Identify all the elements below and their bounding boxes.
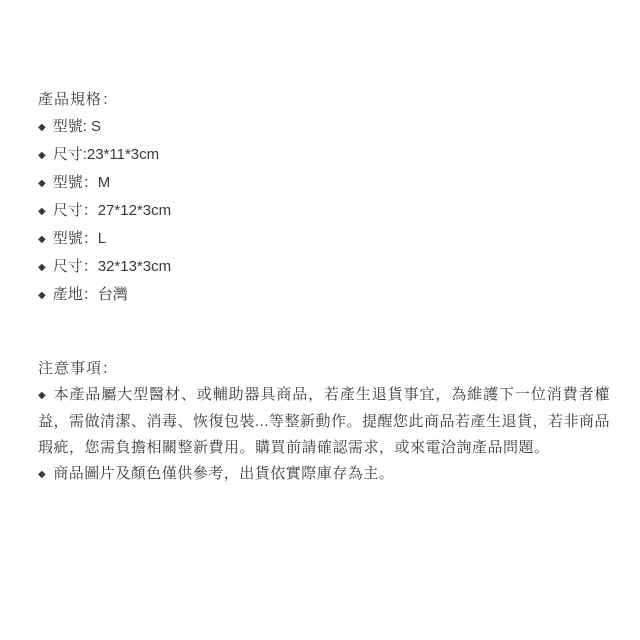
spec-item-size-l: ◆尺寸：32*13*3cm (38, 253, 610, 281)
spec-item-label: 型號: S (53, 118, 101, 135)
notice-text: 商品圖片及顏色僅供參考，出貨依實際庫存為主。 (53, 465, 394, 482)
diamond-bullet-icon: ◆ (38, 383, 46, 409)
spec-item-model-l: ◆型號：L (38, 225, 610, 253)
diamond-bullet-icon: ◆ (38, 226, 46, 253)
diamond-bullet-icon: ◆ (38, 114, 46, 141)
spec-item-label: 尺寸:23*11*3cm (53, 146, 159, 163)
spec-section: 產品規格： ◆型號: S ◆尺寸:23*11*3cm ◆型號：M ◆尺寸：27*… (38, 86, 610, 309)
notice-item-image-disclaimer: ◆商品圖片及顏色僅供參考，出貨依實際庫存為主。 (38, 461, 610, 488)
diamond-bullet-icon: ◆ (38, 282, 46, 309)
notice-section-title: 注意事項： (38, 355, 610, 382)
notice-section: 注意事項： ◆本產品屬大型醫材、或輔助器具商品，若產生退貨事宜，為維護下一位消費… (38, 355, 610, 488)
spec-item-label: 尺寸：27*12*3cm (53, 202, 171, 219)
spec-item-label: 產地：台灣 (53, 286, 128, 303)
spec-item-origin: ◆產地：台灣 (38, 281, 610, 309)
spec-list: ◆型號: S ◆尺寸:23*11*3cm ◆型號：M ◆尺寸：27*12*3cm… (38, 113, 610, 309)
notice-item-return-policy: ◆本產品屬大型醫材、或輔助器具商品，若產生退貨事宜，為維護下一位消費者權益，需做… (38, 382, 610, 461)
diamond-bullet-icon: ◆ (38, 254, 46, 281)
notice-text: 本產品屬大型醫材、或輔助器具商品，若產生退貨事宜，為維護下一位消費者權益，需做清… (38, 386, 610, 456)
diamond-bullet-icon: ◆ (38, 142, 46, 169)
spec-item-label: 尺寸：32*13*3cm (53, 258, 171, 275)
diamond-bullet-icon: ◆ (38, 462, 46, 488)
spec-item-size-m: ◆尺寸：27*12*3cm (38, 197, 610, 225)
diamond-bullet-icon: ◆ (38, 170, 46, 197)
spec-item-model-m: ◆型號：M (38, 169, 610, 197)
spec-item-size-s: ◆尺寸:23*11*3cm (38, 141, 610, 169)
spec-item-model-s: ◆型號: S (38, 113, 610, 141)
spec-section-title: 產品規格： (38, 86, 610, 113)
product-description-page: 產品規格： ◆型號: S ◆尺寸:23*11*3cm ◆型號：M ◆尺寸：27*… (0, 0, 640, 640)
diamond-bullet-icon: ◆ (38, 198, 46, 225)
spec-item-label: 型號：L (53, 230, 106, 247)
spec-item-label: 型號：M (53, 174, 111, 191)
notice-list: ◆本產品屬大型醫材、或輔助器具商品，若產生退貨事宜，為維護下一位消費者權益，需做… (38, 382, 610, 488)
